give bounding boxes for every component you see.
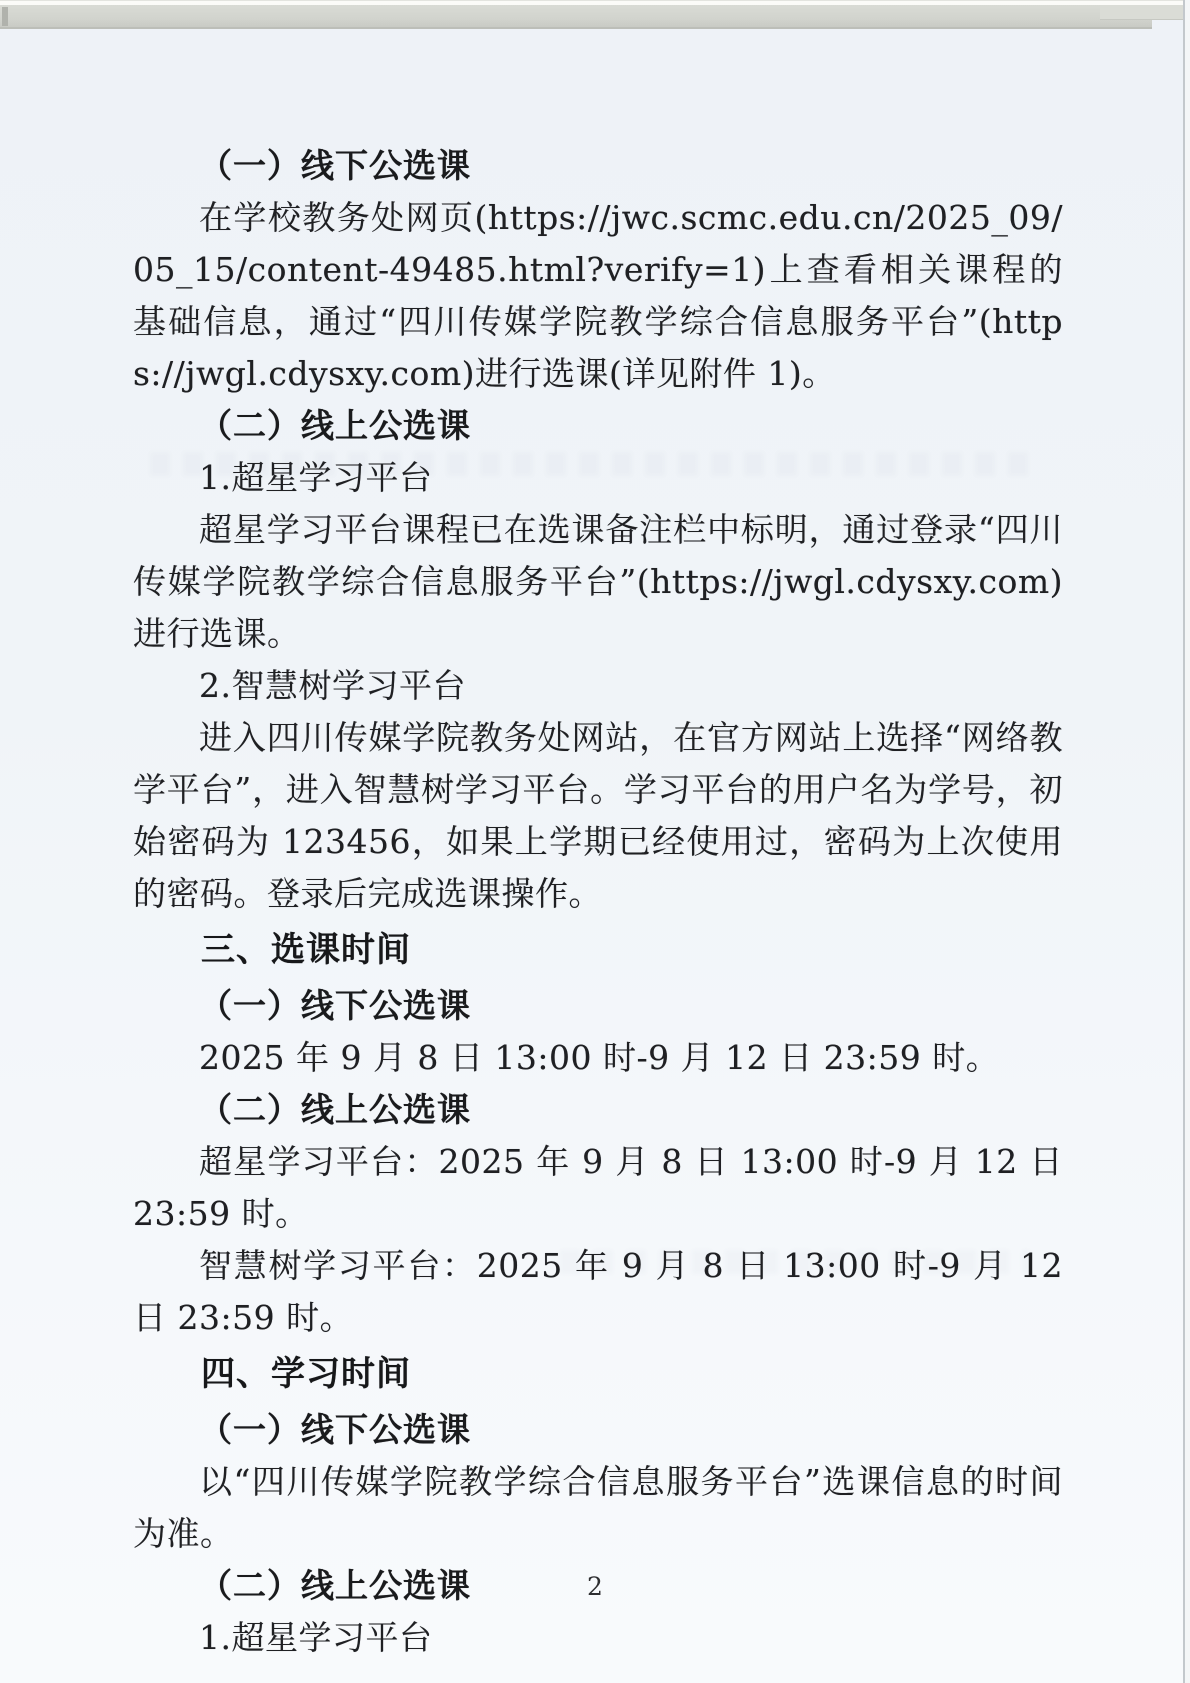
para-zhihuishu-selection-time: 智慧树学习平台：2025 年 9 月 8 日 13:00 时-9 月 12 日 … [133,1240,1063,1344]
section-heading-selection-time: 三、选课时间 [133,924,1063,976]
item-chaoxing-platform-2: 1.超星学习平台 [133,1612,1063,1664]
document-page: （一）线下公选课 在学校教务处网页(https://jwc.scmc.edu.c… [133,140,1063,1664]
para-offline-selection-time: 2025 年 9 月 8 日 13:00 时-9 月 12 日 23:59 时。 [133,1032,1063,1084]
scan-top-band-right [1100,5,1190,20]
subheading-online-elective-2: （二）线上公选课 [133,1084,1063,1136]
subheading-offline-elective-1: （一）线下公选课 [133,140,1063,192]
subheading-online-elective-1: （二）线上公选课 [133,400,1063,452]
item-zhihuishu-platform: 2.智慧树学习平台 [133,660,1063,712]
scan-left-tick [2,7,8,26]
item-chaoxing-platform-1: 1.超星学习平台 [133,452,1063,504]
scan-right-edge-gap [1185,0,1190,1683]
para-offline-study-time: 以“四川传媒学院教学综合信息服务平台”选课信息的时间为准。 [133,1456,1063,1560]
scan-top-band [0,5,1152,29]
para-chaoxing-selection-method: 超星学习平台课程已在选课备注栏中标明，通过登录“四川传媒学院教学综合信息服务平台… [133,504,1063,660]
para-offline-selection-method: 在学校教务处网页(https://jwc.scmc.edu.cn/2025_09… [133,192,1063,400]
page-number: 2 [0,1572,1190,1601]
section-heading-study-time: 四、学习时间 [133,1348,1063,1400]
para-chaoxing-selection-time: 超星学习平台：2025 年 9 月 8 日 13:00 时-9 月 12 日 2… [133,1136,1063,1240]
subheading-offline-elective-3: （一）线下公选课 [133,1404,1063,1456]
para-zhihuishu-selection-method: 进入四川传媒学院教务处网站，在官方网站上选择“网络教学平台”，进入智慧树学习平台… [133,712,1063,920]
subheading-offline-elective-2: （一）线下公选课 [133,980,1063,1032]
